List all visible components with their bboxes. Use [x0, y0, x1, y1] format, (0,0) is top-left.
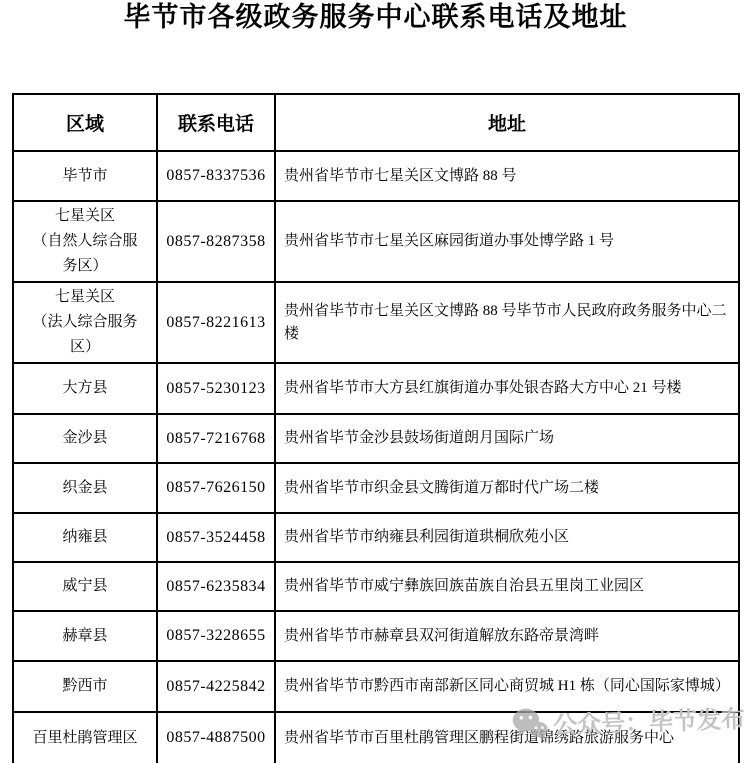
- region-cell: 纳雍县: [13, 513, 157, 562]
- table-row: 金沙县 0857-7216768 贵州省毕节金沙县鼓场街道朗月国际广场: [13, 414, 739, 463]
- table-row: 织金县 0857-7626150 贵州省毕节市织金县文腾街道万都时代广场二楼: [13, 463, 739, 513]
- region-cell: 七星关区 （自然人综合服 务区）: [13, 201, 157, 282]
- region-cell: 大方县: [13, 363, 157, 414]
- phone-cell: 0857-6235834: [157, 562, 275, 611]
- region-cell: 七星关区 （法人综合服务 区）: [13, 282, 157, 363]
- table-row: 大方县 0857-5230123 贵州省毕节市大方县红旗街道办事处银杏路大方中心…: [13, 363, 739, 414]
- region-cell: 织金县: [13, 463, 157, 513]
- table-row: 百里杜鹃管理区 0857-4887500 贵州省毕节市百里杜鹃管理区鹏程街道锦绣…: [13, 712, 739, 763]
- address-cell: 贵州省毕节市七星关区麻园街道办事处博学路 1 号: [275, 201, 739, 282]
- table-row: 七星关区 （法人综合服务 区） 0857-8221613 贵州省毕节市七星关区文…: [13, 282, 739, 363]
- address-cell: 贵州省毕节市黔西市南部新区同心商贸城 H1 栋（同心国际家博城）: [275, 661, 739, 712]
- phone-cell: 0857-4225842: [157, 661, 275, 712]
- phone-cell: 0857-4887500: [157, 712, 275, 763]
- address-cell: 贵州省毕节金沙县鼓场街道朗月国际广场: [275, 414, 739, 463]
- table-body: 毕节市 0857-8337536 贵州省毕节市七星关区文博路 88 号 七星关区…: [13, 151, 739, 763]
- header-region: 区域: [13, 94, 157, 151]
- address-cell: 贵州省毕节市威宁彝族回族苗族自治县五里岗工业园区: [275, 562, 739, 611]
- region-cell: 毕节市: [13, 151, 157, 201]
- region-cell: 黔西市: [13, 661, 157, 712]
- phone-cell: 0857-3524458: [157, 513, 275, 562]
- region-cell: 威宁县: [13, 562, 157, 611]
- address-cell: 贵州省毕节市百里杜鹃管理区鹏程街道锦绣路旅游服务中心: [275, 712, 739, 763]
- table-row: 七星关区 （自然人综合服 务区） 0857-8287358 贵州省毕节市七星关区…: [13, 201, 739, 282]
- table-row: 威宁县 0857-6235834 贵州省毕节市威宁彝族回族苗族自治县五里岗工业园…: [13, 562, 739, 611]
- phone-cell: 0857-3228655: [157, 611, 275, 661]
- header-address: 地址: [275, 94, 739, 151]
- address-cell: 贵州省毕节市纳雍县利园街道珙桐欣苑小区: [275, 513, 739, 562]
- phone-cell: 0857-7216768: [157, 414, 275, 463]
- phone-cell: 0857-8337536: [157, 151, 275, 201]
- table-row: 黔西市 0857-4225842 贵州省毕节市黔西市南部新区同心商贸城 H1 栋…: [13, 661, 739, 712]
- region-cell: 金沙县: [13, 414, 157, 463]
- address-cell: 贵州省毕节市织金县文腾街道万都时代广场二楼: [275, 463, 739, 513]
- header-phone: 联系电话: [157, 94, 275, 151]
- table-row: 毕节市 0857-8337536 贵州省毕节市七星关区文博路 88 号: [13, 151, 739, 201]
- phone-cell: 0857-8221613: [157, 282, 275, 363]
- page-title: 毕节市各级政务服务中心联系电话及地址: [0, 0, 751, 34]
- region-cell: 赫章县: [13, 611, 157, 661]
- address-cell: 贵州省毕节市赫章县双河街道解放东路帝景湾畔: [275, 611, 739, 661]
- table-row: 纳雍县 0857-3524458 贵州省毕节市纳雍县利园街道珙桐欣苑小区: [13, 513, 739, 562]
- address-cell: 贵州省毕节市大方县红旗街道办事处银杏路大方中心 21 号楼: [275, 363, 739, 414]
- page: 毕节市各级政务服务中心联系电话及地址 区域 联系电话 地址 毕节市 0857-8…: [0, 0, 751, 763]
- address-cell: 贵州省毕节市七星关区文博路 88 号: [275, 151, 739, 201]
- contact-table: 区域 联系电话 地址 毕节市 0857-8337536 贵州省毕节市七星关区文博…: [12, 93, 740, 763]
- table-row: 赫章县 0857-3228655 贵州省毕节市赫章县双河街道解放东路帝景湾畔: [13, 611, 739, 661]
- table-header-row: 区域 联系电话 地址: [13, 94, 739, 151]
- phone-cell: 0857-8287358: [157, 201, 275, 282]
- phone-cell: 0857-5230123: [157, 363, 275, 414]
- region-cell: 百里杜鹃管理区: [13, 712, 157, 763]
- address-cell: 贵州省毕节市七星关区文博路 88 号毕节市人民政府政务服务中心二楼: [275, 282, 739, 363]
- phone-cell: 0857-7626150: [157, 463, 275, 513]
